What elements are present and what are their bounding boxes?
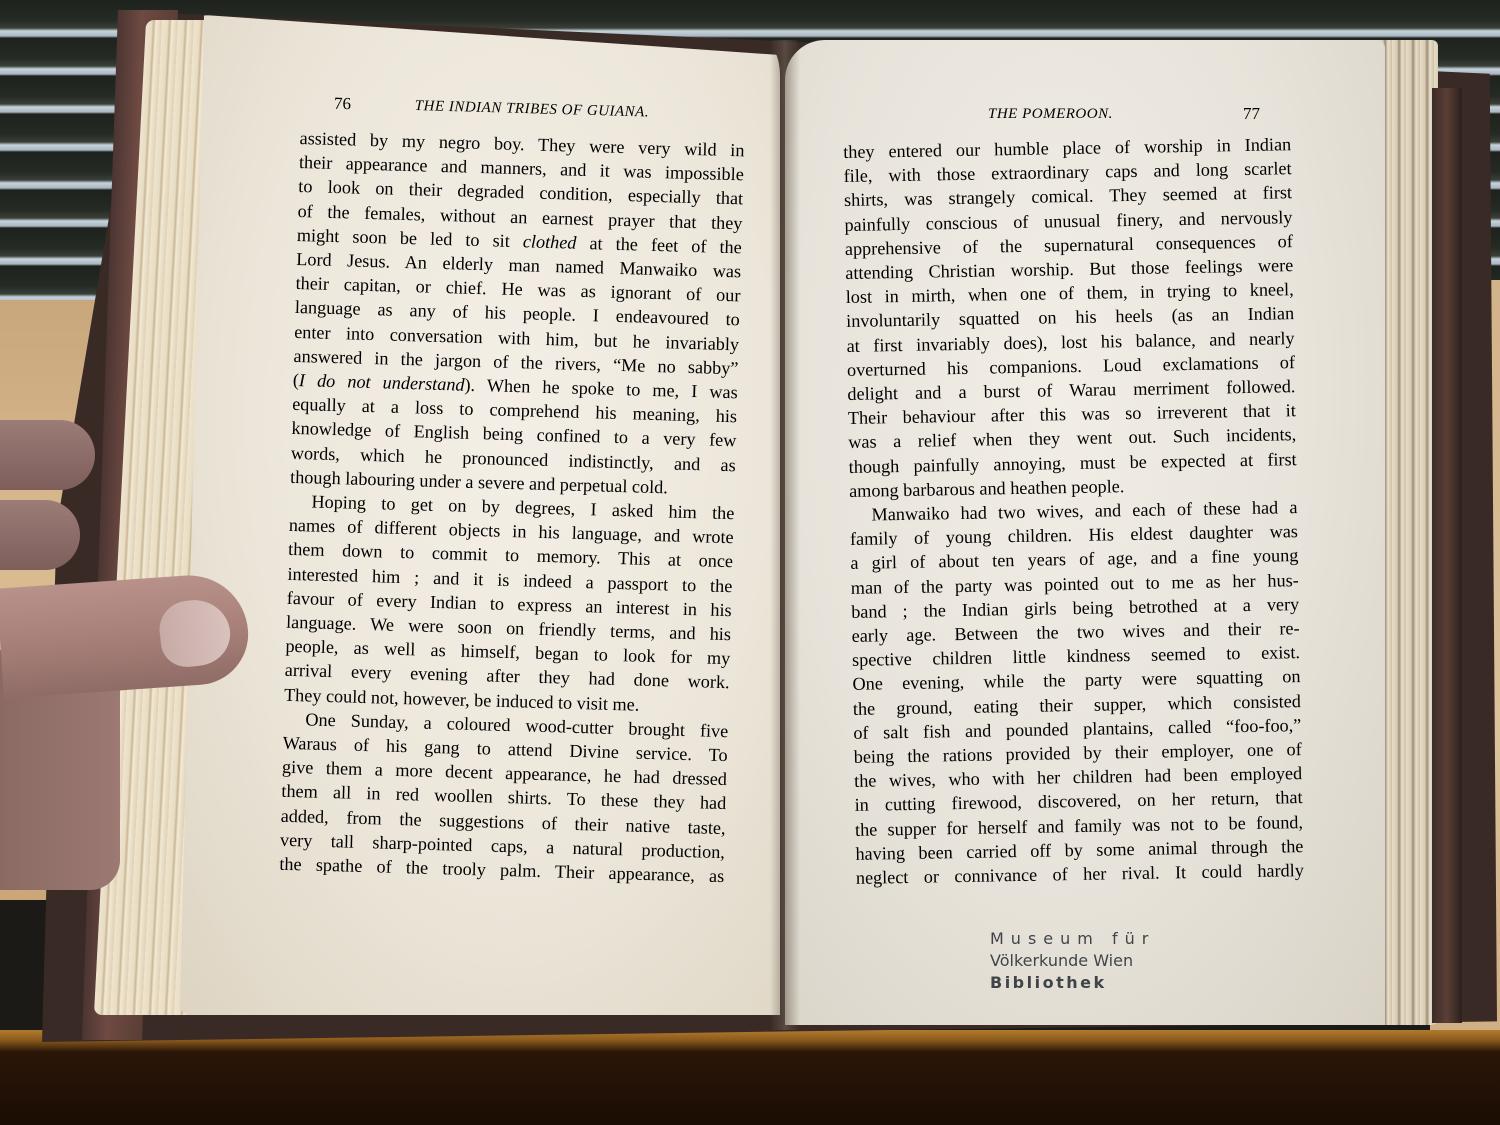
- middle-finger: [0, 500, 80, 570]
- page-number-left: 76: [334, 94, 352, 114]
- left-page-body-text: assisted by my negro boy. They were very…: [279, 126, 745, 888]
- book-cover-right-board: [1432, 88, 1462, 1023]
- stamp-line-2: Völkerkunde Wien: [990, 950, 1155, 972]
- library-stamp: Museum für Völkerkunde Wien Bibliothek: [990, 928, 1155, 994]
- stamp-line-1: Museum für: [990, 928, 1155, 950]
- running-head-right: THE POMEROON.: [988, 106, 1113, 123]
- page-number-right: 77: [1243, 104, 1260, 124]
- hand-holding-book: [0, 420, 250, 880]
- desk-surface: [0, 1030, 1500, 1125]
- index-finger: [0, 420, 95, 490]
- right-page-body-text: they entered our humble place of worship…: [843, 132, 1304, 890]
- book-gutter: [770, 40, 800, 1030]
- stamp-line-3: Bibliothek: [990, 972, 1155, 994]
- page-edges-right: [1378, 40, 1438, 1025]
- running-head-right-text: THE POMEROON.: [988, 106, 1113, 122]
